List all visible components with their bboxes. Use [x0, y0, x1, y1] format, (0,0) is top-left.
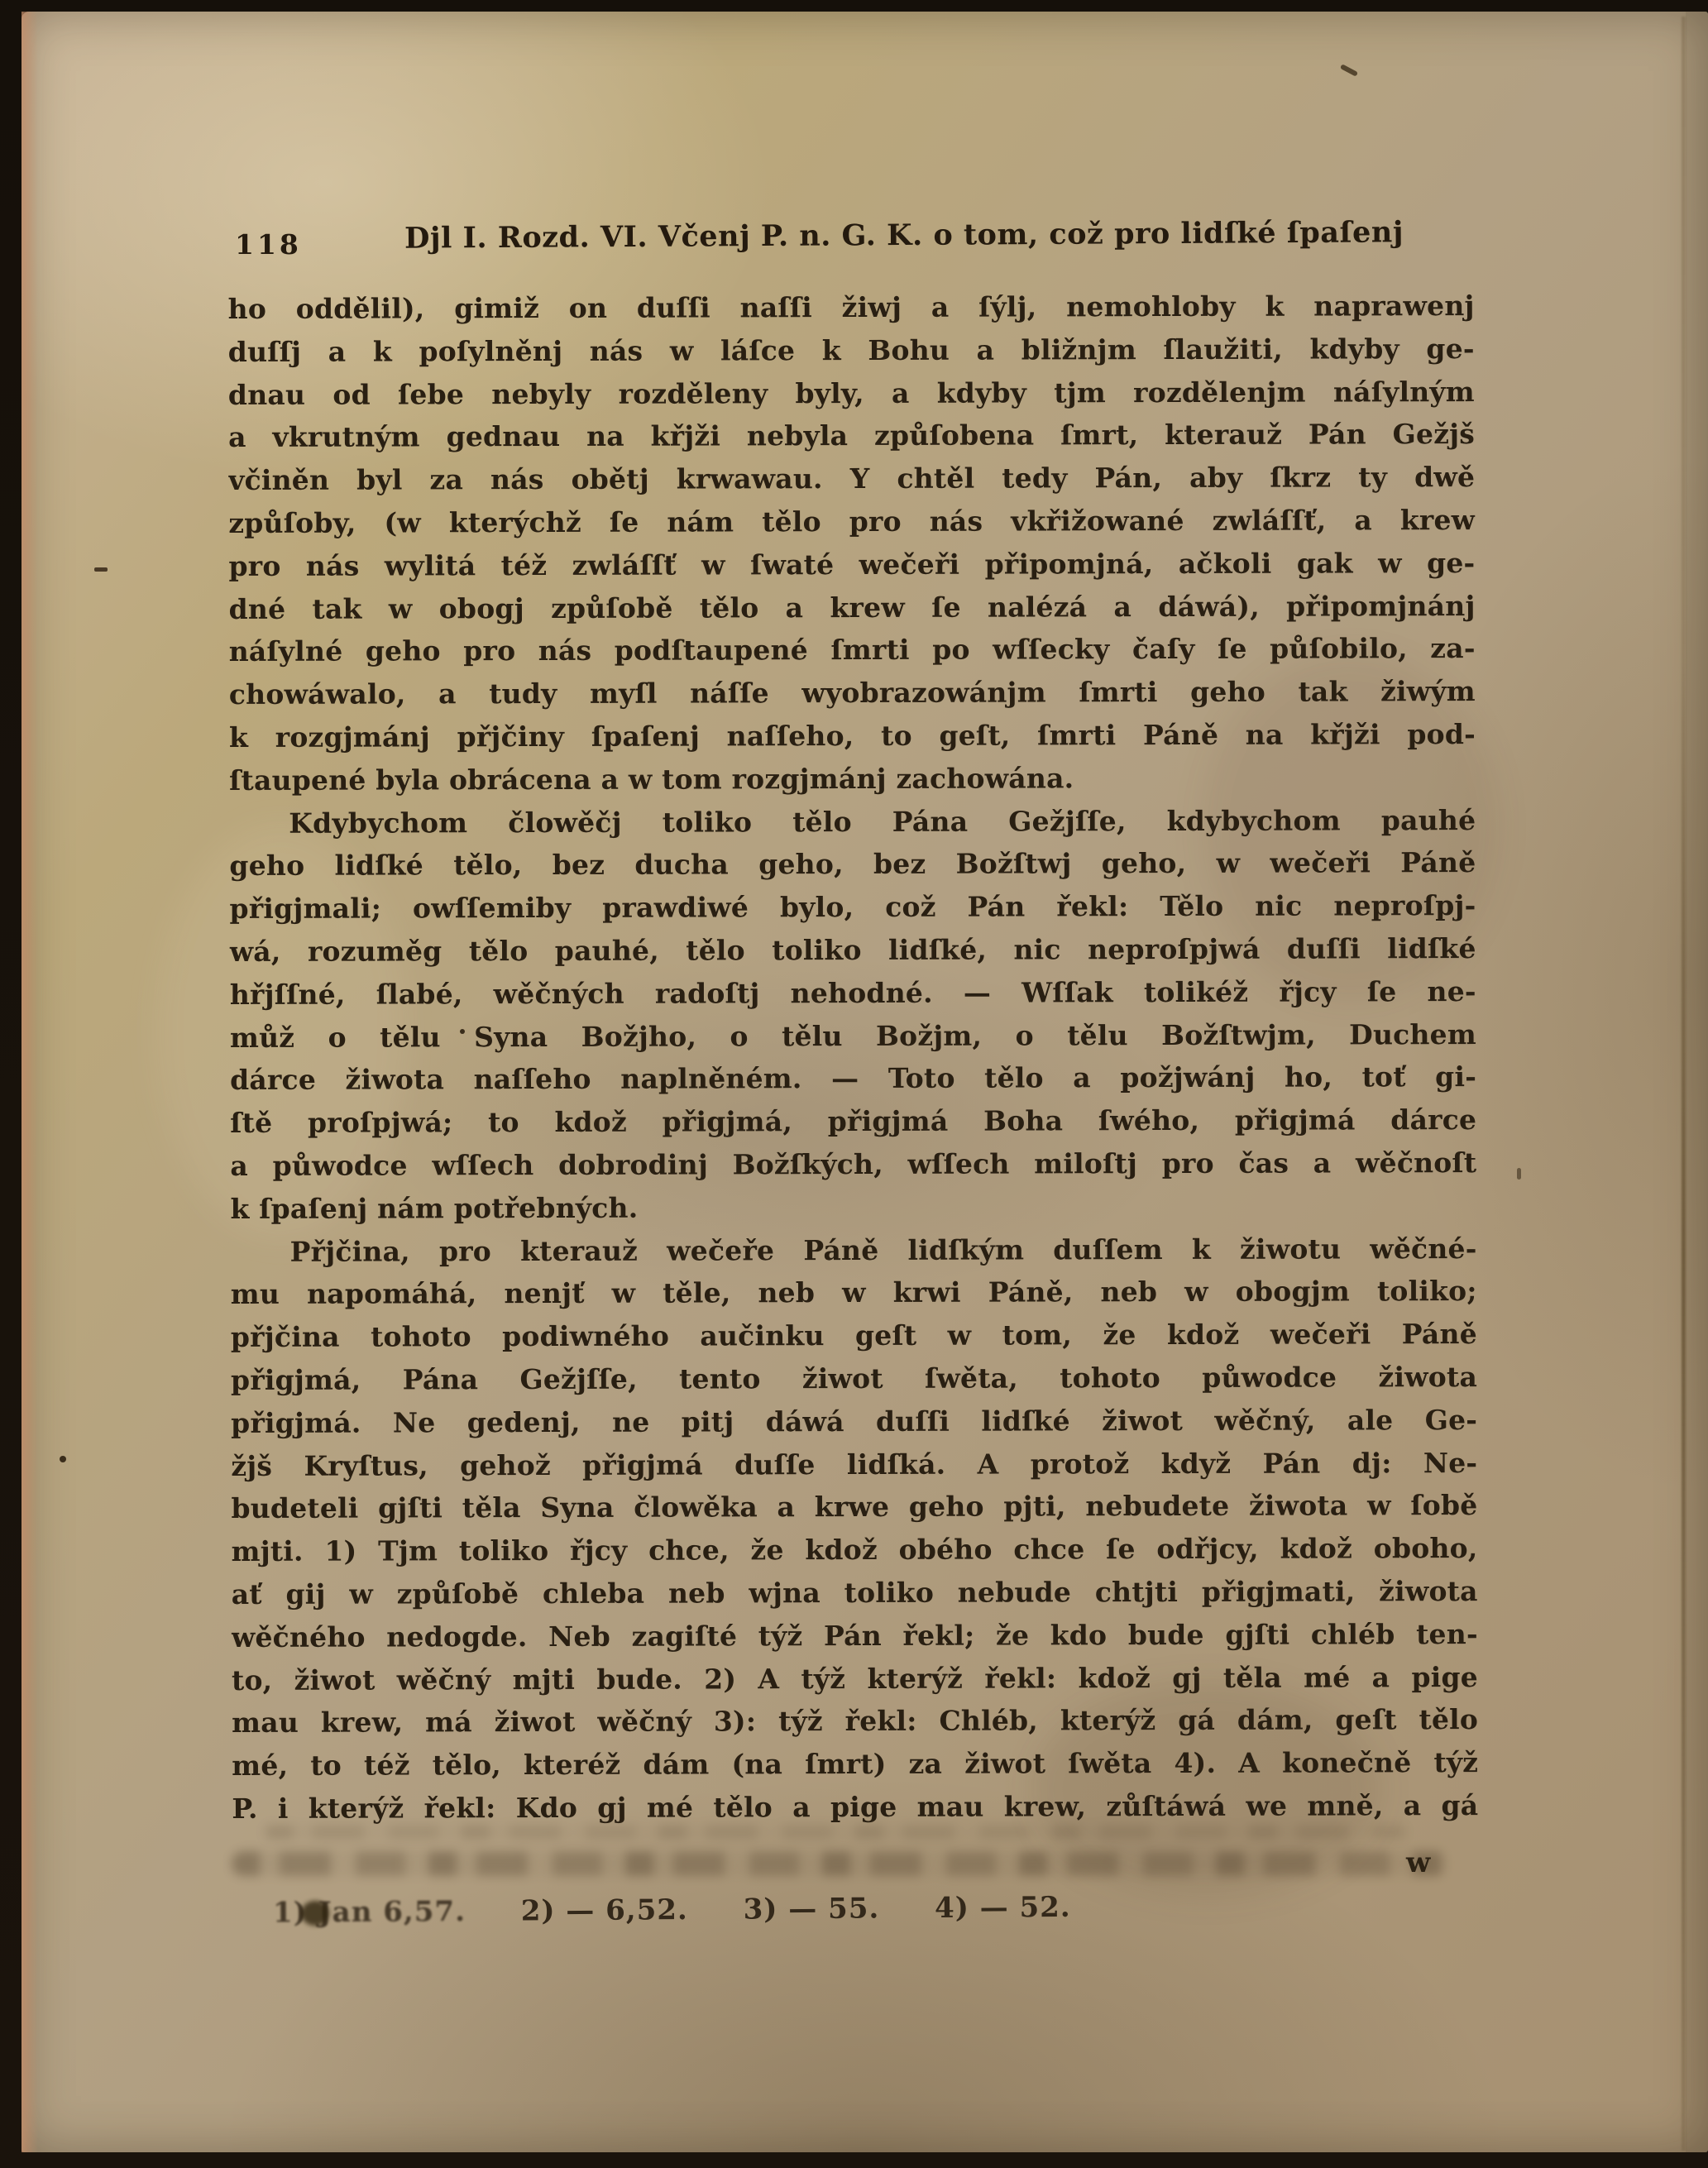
text-line: to, žiwot wěčný mjti bude. 2) A týž kter…	[232, 1656, 1478, 1702]
page-header: 118 Djl I. Rozd. VI. Včenj P. n. G. K. o…	[230, 217, 1475, 266]
text-line: geho lidſké tělo, bez ducha geho, bez Bo…	[229, 841, 1476, 888]
text-line: mjti. 1) Tjm toliko řjcy chce, že kdož o…	[231, 1527, 1477, 1573]
text-line: hřjſſné, ſlabé, wěčných radoſtj nehodné.…	[230, 970, 1476, 1017]
text-line: dárce žiwota naſſeho naplněném. — Toto t…	[230, 1055, 1476, 1102]
page-edge-tint	[22, 12, 38, 2152]
ink-blot	[301, 1901, 329, 1926]
ink-speck	[460, 1029, 465, 1034]
text-line: můž o tělu Syna Božjho, o tělu Božjm, o …	[230, 1013, 1476, 1060]
page-crease	[1682, 17, 1686, 2151]
footnote-ref: 2) — 6,52.	[521, 1893, 688, 1927]
text-line: a vkrutným gednau na křjži nebyla způſob…	[228, 413, 1475, 459]
ink-speck	[94, 567, 108, 572]
text-line: mau krew, má žiwot wěčný 3): týž řekl: C…	[232, 1698, 1478, 1744]
bleed-through-smudge	[232, 1851, 1447, 1876]
text-line: mé, to též tělo, kteréž dám (na ſmrt) za…	[232, 1741, 1478, 1788]
text-line: Přjčina, pro kterauž wečeře Páně lidſkým…	[231, 1228, 1477, 1274]
text-line: k rozgjmánj přjčiny ſpaſenj naſſeho, to …	[229, 713, 1476, 759]
text-line: pro nás wylitá též zwláſſť w ſwaté wečeř…	[228, 542, 1475, 588]
text-line: P. i kterýž řekl: Kdo gj mé tělo a pige …	[232, 1784, 1478, 1831]
text-line: přigjmá. Ne gedenj, ne pitj dáwá duſſi l…	[231, 1399, 1477, 1445]
footnote-ref: 4) — 52.	[935, 1891, 1071, 1925]
text-line: k ſpaſenj nám potřebných.	[230, 1185, 1476, 1231]
ink-speck	[60, 1456, 66, 1462]
text-line: wá, rozuměg tělo pauhé, tělo toliko lidſ…	[230, 927, 1476, 974]
text-line: Kdybychom člowěčj toliko tělo Pána Gežjſ…	[229, 799, 1476, 845]
text-line: včiněn byl za nás obětj krwawau. Y chtěl…	[228, 456, 1475, 502]
text-line: přigjmali; owſſemiby prawdiwé bylo, což …	[229, 884, 1476, 931]
footnote-ref: 3) — 55.	[744, 1892, 880, 1926]
text-line: způſoby, (w kterýchž ſe nám tělo pro nás…	[228, 499, 1475, 545]
text-line: dné tak w obogj způſobě tělo a krew ſe n…	[229, 585, 1476, 631]
text-line: a půwodce wſſech dobrodinj Božſkých, wſſ…	[230, 1141, 1476, 1188]
text-line: budeteli gjſti těla Syna člowěka a krwe …	[231, 1484, 1477, 1530]
text-line: chowáwalo, a tudy myſl náſſe wyobrazowán…	[229, 670, 1476, 716]
text-line: náſylné geho pro nás podſtaupené ſmrti p…	[229, 627, 1476, 673]
text-line: ſtě proſpjwá; to kdož přigjmá, přigjmá B…	[230, 1098, 1476, 1145]
text-line: ho oddělil), gimiž on duſſi naſſi žiwj a…	[228, 285, 1475, 331]
text-line: přigjmá, Pána Gežjſſe, tento žiwot ſwěta…	[231, 1356, 1477, 1402]
bleed-through-smudge	[265, 1825, 1406, 1840]
page-right-band	[1686, 12, 1708, 2152]
text-line: duſſj a k poſylněnj nás w láſce k Bohu a…	[228, 328, 1475, 374]
running-title: Djl I. Rozd. VI. Včenj P. n. G. K. o tom…	[354, 215, 1454, 256]
text-line: ať gij w způſobě chleba neb wjna toliko …	[232, 1570, 1478, 1616]
text-line: přjčina tohoto podiwného aučinku geſt w …	[231, 1313, 1477, 1359]
ink-speck	[1517, 1168, 1521, 1180]
text-line: wěčného nedogde. Neb zagiſté týž Pán řek…	[232, 1613, 1478, 1659]
text-line: dnau od ſebe nebyly rozděleny byly, a kd…	[228, 371, 1475, 417]
page-number: 118	[235, 228, 302, 261]
text-line: mu napomáhá, nenjť w těle, neb w krwi Pá…	[231, 1270, 1477, 1316]
text-line: žjš Kryſtus, gehož přigjmá duſſe lidſká.…	[231, 1442, 1477, 1488]
catchword: w	[1406, 1846, 1430, 1879]
body-text-block: ho oddělil), gimiž on duſſi naſſi žiwj a…	[228, 285, 1479, 1831]
text-line: ſtaupené byla obrácena a w tom rozgjmánj…	[229, 756, 1476, 802]
